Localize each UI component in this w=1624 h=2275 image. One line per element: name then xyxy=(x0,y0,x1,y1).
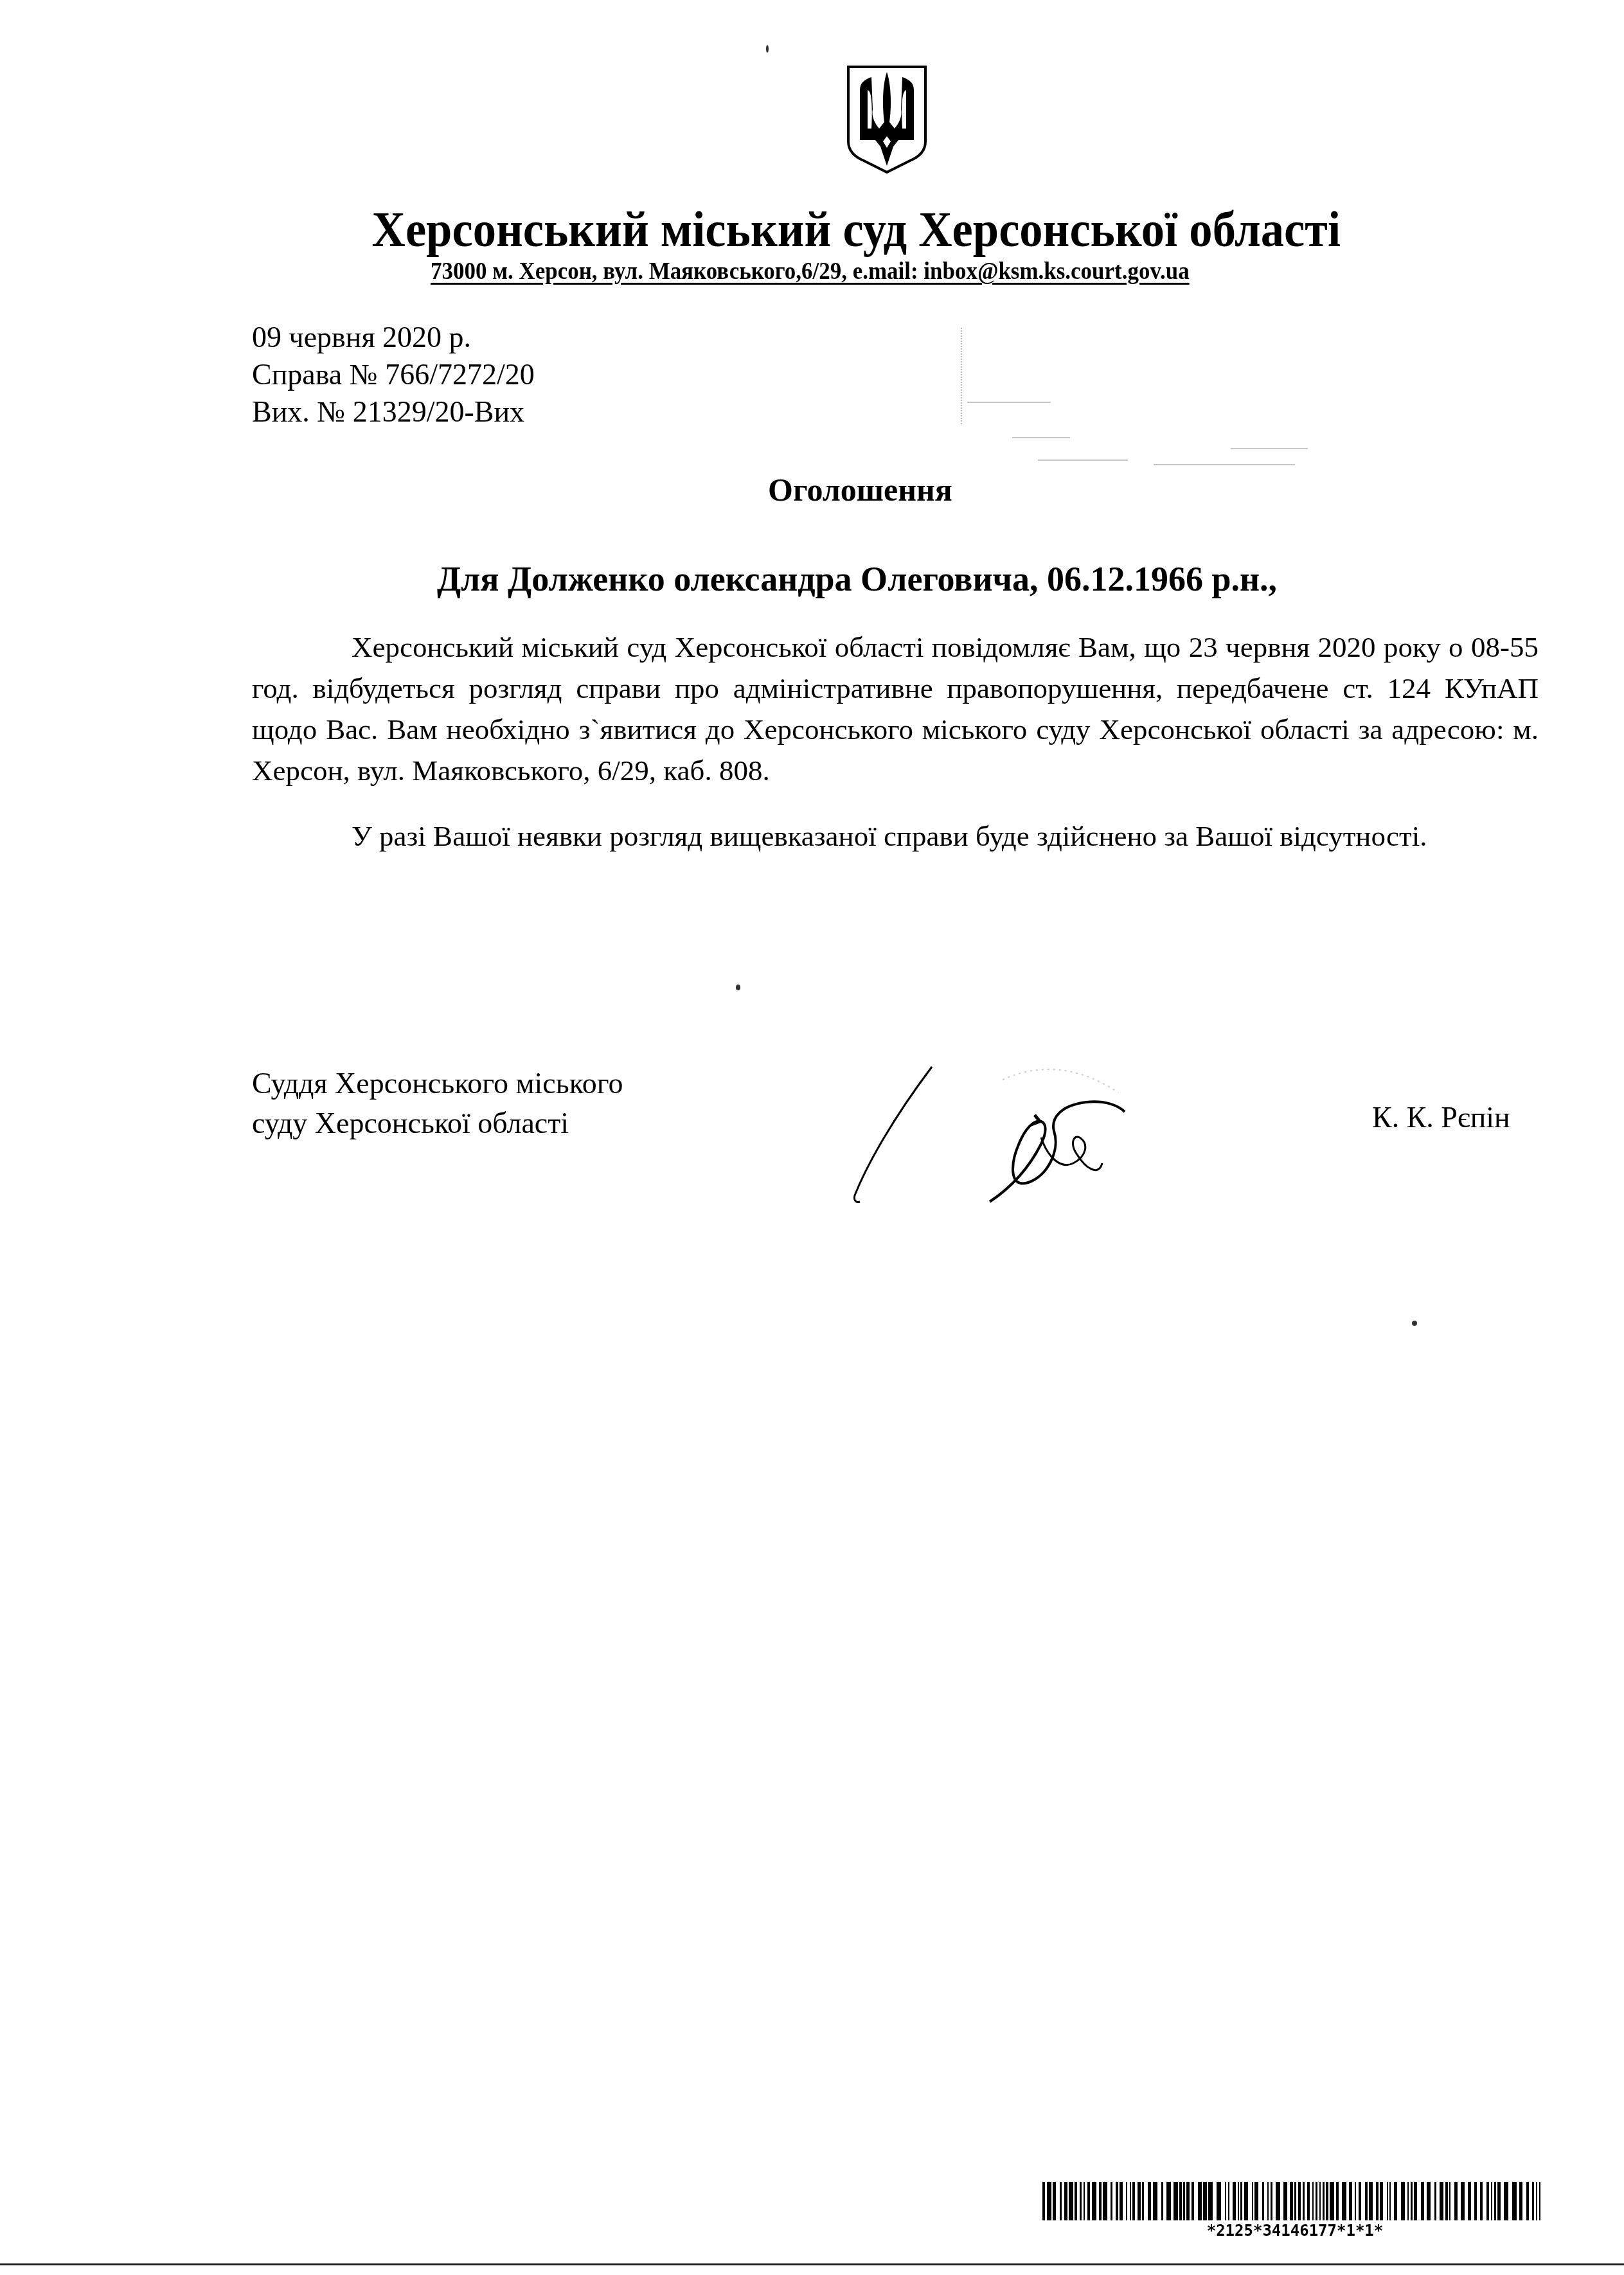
document-meta: 09 червня 2020 р. Справа № 766/7272/20 В… xyxy=(252,319,535,431)
handwritten-signature-icon xyxy=(816,1041,1215,1221)
case-number: Справа № 766/7272/20 xyxy=(252,356,535,393)
announcement-title: Оголошення xyxy=(0,471,1624,508)
trident-coat-of-arms-icon xyxy=(846,64,928,175)
court-address-line: 73000 м. Херсон, вул. Маяковського,6/29,… xyxy=(431,257,1190,285)
absence-notice-paragraph: У разі Вашої неявки розгляд вищевказаної… xyxy=(252,816,1539,857)
outgoing-number: Вих. № 21329/20-Вих xyxy=(252,393,535,431)
judge-position: Суддя Херсонського міського суду Херсонс… xyxy=(252,1064,623,1143)
page-bottom-edge xyxy=(0,2263,1624,2265)
judge-name: К. К. Рєпін xyxy=(1372,1100,1510,1134)
judge-position-line-2: суду Херсонської області xyxy=(252,1103,623,1143)
court-name-heading: Херсонський міський суд Херсонської обла… xyxy=(57,201,1567,258)
document-barcode xyxy=(1041,2182,1549,2220)
judge-position-line-1: Суддя Херсонського міського xyxy=(252,1064,623,1103)
registration-stamp-faint xyxy=(961,328,1411,456)
announcement-body: Херсонський міський суд Херсонської обла… xyxy=(252,627,1539,857)
document-date: 09 червня 2020 р. xyxy=(252,319,535,356)
barcode-number: *2125*34146177*1*1* xyxy=(1041,2222,1549,2240)
hearing-notice-paragraph: Херсонський міський суд Херсонської обла… xyxy=(252,627,1539,791)
recipient-line: Для Долженко олександра Олеговича, 06.12… xyxy=(0,559,1624,599)
